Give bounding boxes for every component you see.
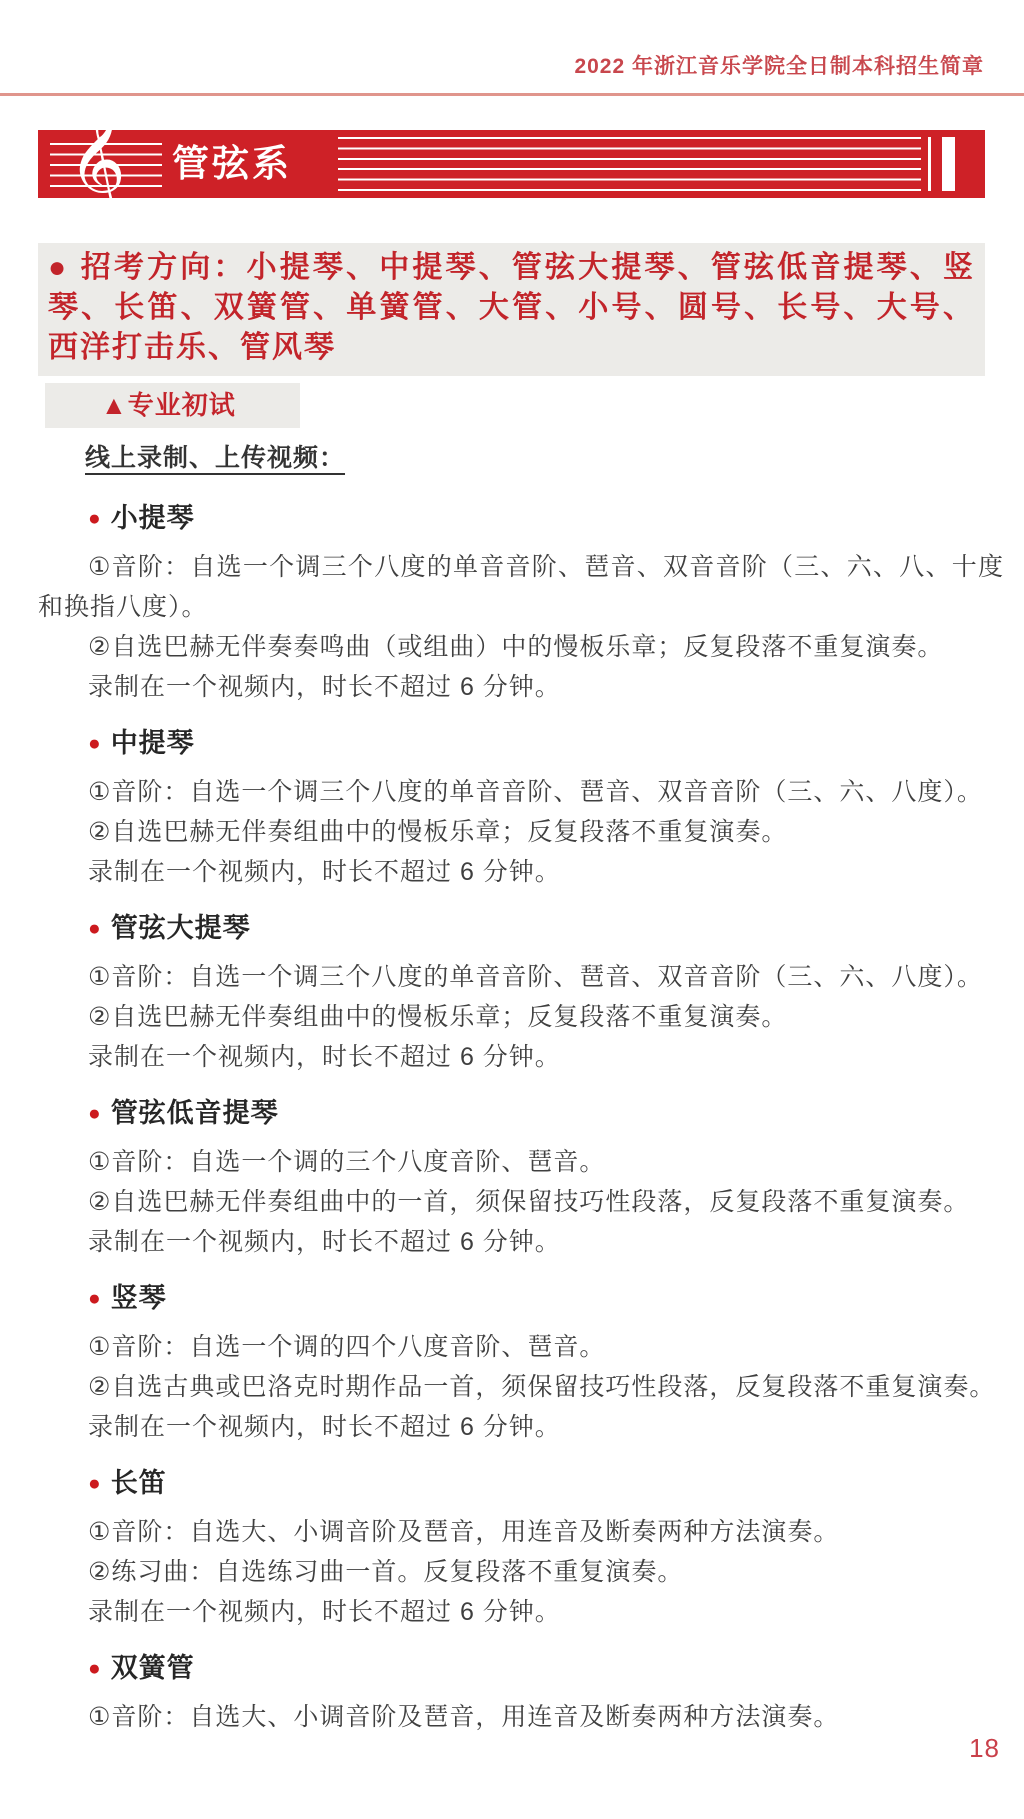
requirement-line: ①音阶：自选大、小调音阶及琶音，用连音及断奏两种方法演奏。 <box>38 1697 1004 1737</box>
bullet-icon: ● <box>88 1103 102 1124</box>
bullet-icon: ● <box>88 1658 102 1679</box>
requirement-line: 录制在一个视频内，时长不超过 6 分钟。 <box>38 1037 1004 1077</box>
requirement-line: 录制在一个视频内，时长不超过 6 分钟。 <box>38 667 1004 707</box>
instrument-section: ●管弦大提琴①音阶：自选一个调三个八度的单音音阶、琶音、双音音阶（三、六、八度）… <box>38 908 1004 1077</box>
requirement-line: ②自选巴赫无伴奏组曲中的慢板乐章；反复段落不重复演奏。 <box>38 997 1004 1037</box>
requirement-line: 录制在一个视频内，时长不超过 6 分钟。 <box>38 852 1004 892</box>
instrument-name: 管弦大提琴 <box>111 908 251 948</box>
requirement-line: ②自选古典或巴洛克时期作品一首，须保留技巧性段落，反复段落不重复演奏。 <box>38 1367 1004 1407</box>
instrument-name: 双簧管 <box>111 1648 195 1688</box>
requirement-line: 录制在一个视频内，时长不超过 6 分钟。 <box>38 1592 1004 1632</box>
department-banner: 𝄞 管弦系 <box>38 130 985 198</box>
instrument-name: 长笛 <box>111 1463 167 1503</box>
bullet-icon: ● <box>88 1473 102 1494</box>
requirement-line: ①音阶：自选一个调三个八度的单音音阶、琶音、双音音阶（三、六、八度）。 <box>38 772 1004 812</box>
exam-subtitle: 线上录制、上传视频： <box>85 438 345 474</box>
requirement-line: ②练习曲：自选练习曲一首。反复段落不重复演奏。 <box>38 1552 1004 1592</box>
instrument-heading: ●小提琴 <box>88 498 1004 538</box>
instrument-name: 中提琴 <box>111 723 195 763</box>
bullet-icon: ● <box>88 508 102 529</box>
final-barline-thick <box>942 137 955 191</box>
bullet-icon: ● <box>88 733 102 754</box>
admission-directions-text: ● 招考方向：小提琴、中提琴、管弦大提琴、管弦低音提琴、竖琴、长笛、双簧管、单簧… <box>48 248 975 368</box>
requirement-line: ①音阶：自选一个调三个八度的单音音阶、琶音、双音音阶（三、六、八度）。 <box>38 957 1004 997</box>
instrument-name: 竖琴 <box>111 1278 167 1318</box>
instrument-heading: ●长笛 <box>88 1463 1004 1503</box>
instrument-section: ●竖琴①音阶：自选一个调的四个八度音阶、琶音。②自选古典或巴洛克时期作品一首，须… <box>38 1278 1004 1447</box>
requirement-line: 录制在一个视频内，时长不超过 6 分钟。 <box>38 1407 1004 1447</box>
instrument-heading: ●管弦低音提琴 <box>88 1093 1004 1133</box>
instrument-section: ●双簧管①音阶：自选大、小调音阶及琶音，用连音及断奏两种方法演奏。 <box>38 1648 1004 1737</box>
instrument-heading: ●竖琴 <box>88 1278 1004 1318</box>
bullet-icon: ● <box>88 918 102 939</box>
instrument-section: ●小提琴①音阶：自选一个调三个八度的单音音阶、琶音、双音音阶（三、六、八、十度和… <box>38 498 1004 707</box>
exam-stage-label: ▲专业初试 <box>45 383 300 428</box>
staff-lines-right <box>338 137 921 191</box>
instrument-heading: ●管弦大提琴 <box>88 908 1004 948</box>
treble-clef-icon: 𝄞 <box>68 110 126 208</box>
final-barline-thin <box>928 137 931 191</box>
requirement-line: ①音阶：自选一个调三个八度的单音音阶、琶音、双音音阶（三、六、八、十度和换指八度… <box>38 547 1004 627</box>
instrument-section: ●长笛①音阶：自选大、小调音阶及琶音，用连音及断奏两种方法演奏。②练习曲：自选练… <box>38 1463 1004 1632</box>
header-divider <box>0 93 1024 96</box>
exam-sections: ●小提琴①音阶：自选一个调三个八度的单音音阶、琶音、双音音阶（三、六、八、十度和… <box>38 482 1004 1739</box>
requirement-line: ①音阶：自选一个调的三个八度音阶、琶音。 <box>38 1142 1004 1182</box>
instrument-name: 管弦低音提琴 <box>111 1093 279 1133</box>
instrument-section: ●中提琴①音阶：自选一个调三个八度的单音音阶、琶音、双音音阶（三、六、八度）。②… <box>38 723 1004 892</box>
admission-directions-box: ● 招考方向：小提琴、中提琴、管弦大提琴、管弦低音提琴、竖琴、长笛、双簧管、单簧… <box>38 243 985 376</box>
requirement-line: 录制在一个视频内，时长不超过 6 分钟。 <box>38 1222 1004 1262</box>
page-number: 18 <box>969 1733 1000 1764</box>
requirement-line: ②自选巴赫无伴奏组曲中的一首，须保留技巧性段落，反复段落不重复演奏。 <box>38 1182 1004 1222</box>
doc-title: 2022 年浙江音乐学院全日制本科招生简章 <box>0 50 984 80</box>
instrument-section: ●管弦低音提琴①音阶：自选一个调的三个八度音阶、琶音。②自选巴赫无伴奏组曲中的一… <box>38 1093 1004 1262</box>
bullet-icon: ● <box>88 1288 102 1309</box>
requirement-line: ①音阶：自选大、小调音阶及琶音，用连音及断奏两种方法演奏。 <box>38 1512 1004 1552</box>
requirement-line: ②自选巴赫无伴奏奏鸣曲（或组曲）中的慢板乐章；反复段落不重复演奏。 <box>38 627 1004 667</box>
exam-stage-box: ▲专业初试 <box>45 383 300 428</box>
instrument-heading: ●中提琴 <box>88 723 1004 763</box>
requirement-line: ②自选巴赫无伴奏组曲中的慢板乐章；反复段落不重复演奏。 <box>38 812 1004 852</box>
instrument-name: 小提琴 <box>111 498 195 538</box>
department-title: 管弦系 <box>172 130 292 198</box>
requirement-line: ①音阶：自选一个调的四个八度音阶、琶音。 <box>38 1327 1004 1367</box>
instrument-heading: ●双簧管 <box>88 1648 1004 1688</box>
